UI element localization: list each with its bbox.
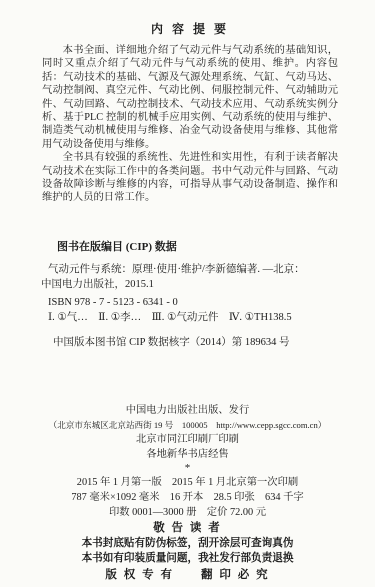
separator-star: *: [0, 462, 375, 475]
cip-title-line-1: 气动元件与系统：原理·使用·维护/李新德编著. —北京：: [41, 262, 345, 277]
distributor-line: 各地新华书店经售: [0, 447, 375, 462]
reader-notice-line: 本书封底贴有防伪标签，刮开涂层可查询真伪: [0, 536, 375, 551]
cip-section: 图书在版编目 (CIP) 数据 气动元件与系统：原理·使用·维护/李新德编著. …: [41, 238, 345, 350]
content-summary-section: 内 容 提 要 本书全面、详细地介绍了气动元件与气动系统的基础知识，同时又重点介…: [42, 20, 338, 205]
copyright-page: 内 容 提 要 本书全面、详细地介绍了气动元件与气动系统的基础知识，同时又重点介…: [0, 0, 375, 587]
reader-notice-line: 本书如有印装质量问题，我社发行部负责退换: [0, 551, 375, 566]
print-run-line: 印数 0001—3000 册 定价 72.00 元: [0, 505, 375, 520]
copyright-statement: 版 权 专 有 翻 印 必 究: [0, 567, 375, 583]
reader-notice-heading: 敬 告 读 者: [0, 521, 375, 536]
cip-isbn: ISBN 978 - 7 - 5123 - 6341 - 0: [41, 295, 345, 310]
cip-heading: 图书在版编目 (CIP) 数据: [57, 238, 345, 254]
printer-line: 北京市同江印刷厂印刷: [0, 432, 375, 447]
publisher-line: 中国电力出版社出版、发行: [0, 403, 375, 418]
cip-title-line-2: 中国电力出版社，2015.1: [41, 277, 345, 292]
content-summary-body: 本书全面、详细地介绍了气动元件与气动系统的基础知识，同时又重点介绍了气动元件与气…: [42, 44, 338, 205]
cip-classification: Ⅰ. ①气… Ⅱ. ①李… Ⅲ. ①气动元件 Ⅳ. ①TH138.5: [41, 310, 345, 325]
edition-line: 2015 年 1 月第一版 2015 年 1 月北京第一次印刷: [0, 475, 375, 490]
summary-paragraph: 本书全面、详细地介绍了气动元件与气动系统的基础知识，同时又重点介绍了气动元件与气…: [42, 44, 338, 151]
content-summary-title: 内 容 提 要: [42, 20, 338, 37]
summary-paragraph: 全书具有较强的系统性、先进性和实用性，有利于读者解决气动技术在实际工作中的各类问…: [42, 151, 338, 205]
publisher-address: （北京市东城区北京站西街 19 号 100005 http://www.cepp…: [0, 418, 375, 432]
cip-record-number: 中国版本图书馆 CIP 数据核字（2014）第 189634 号: [53, 335, 345, 350]
format-line: 787 毫米×1092 毫米 16 开本 28.5 印张 634 千字: [0, 490, 375, 505]
imprint-section: 中国电力出版社出版、发行 （北京市东城区北京站西街 19 号 100005 ht…: [0, 403, 375, 583]
